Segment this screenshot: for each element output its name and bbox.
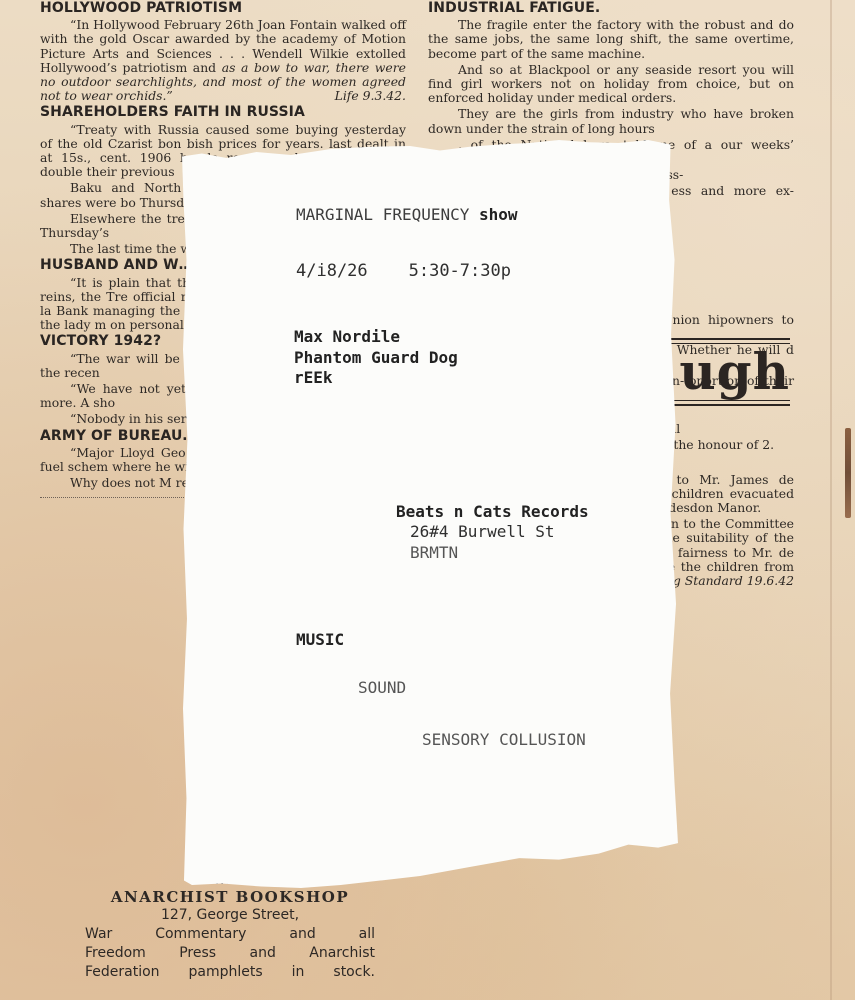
banner-rule bbox=[660, 404, 790, 406]
article-heading: HOLLYWOOD PATRIOTISM bbox=[40, 1, 406, 15]
article-heading: INDUSTRIAL FATIGUE. bbox=[428, 1, 794, 15]
performer: Max Nordile bbox=[294, 327, 400, 346]
article-paragraph: The fragile enter the factory with the r… bbox=[428, 18, 794, 61]
venue-name: Beats n Cats Records bbox=[396, 502, 589, 521]
tagline-sound: SOUND bbox=[358, 678, 406, 697]
flyer-title-caps: MARGINAL FREQUENCY bbox=[296, 205, 469, 224]
bookshop-line: Freedom Press and Anarchist bbox=[85, 944, 375, 963]
banner-headline: ugh bbox=[660, 338, 790, 406]
bookshop-address: 127, George Street, bbox=[85, 906, 375, 925]
flyer-time: 5:30-7:30p bbox=[409, 261, 511, 281]
article-paragraph: And so at Blackpool or any seaside resor… bbox=[428, 63, 794, 106]
tagline-sensory-collusion: SENSORY COLLUSION bbox=[422, 730, 586, 749]
performer: rEEk bbox=[294, 368, 333, 387]
performer: Phantom Guard Dog bbox=[294, 348, 458, 367]
tagline-music: MUSIC bbox=[296, 630, 344, 649]
flyer-title: MARGINAL FREQUENCY show bbox=[296, 205, 518, 224]
article-paragraph: “In Hollywood February 26th Joan Fontain… bbox=[40, 18, 406, 103]
flyer-date: 4/i8/26 bbox=[296, 261, 368, 281]
article-paragraph: They are the girls from industry who hav… bbox=[428, 107, 794, 135]
flyer-datetime: 4/i8/26 5:30-7:30p bbox=[296, 262, 511, 281]
bookshop-line: Federation pamphlets in stock. bbox=[85, 963, 375, 982]
bookshop-name: ANARCHIST BOOKSHOP bbox=[85, 888, 375, 906]
banner-rule bbox=[660, 338, 790, 340]
bookshop-ad: When in ANARCHIST BOOKSHOP 127, George S… bbox=[85, 872, 375, 982]
banner-word: ugh bbox=[660, 344, 790, 400]
venue-address: 26#4 Burwell St bbox=[410, 522, 555, 541]
venue-city: BRMTN bbox=[410, 543, 458, 562]
page-fold bbox=[830, 0, 832, 1000]
bookshop-line: War Commentary and all bbox=[85, 925, 375, 944]
flyer-title-word: show bbox=[479, 205, 518, 224]
rust-stain bbox=[845, 428, 851, 518]
article-heading: SHAREHOLDERS FAITH IN RUSSIA bbox=[40, 105, 406, 119]
